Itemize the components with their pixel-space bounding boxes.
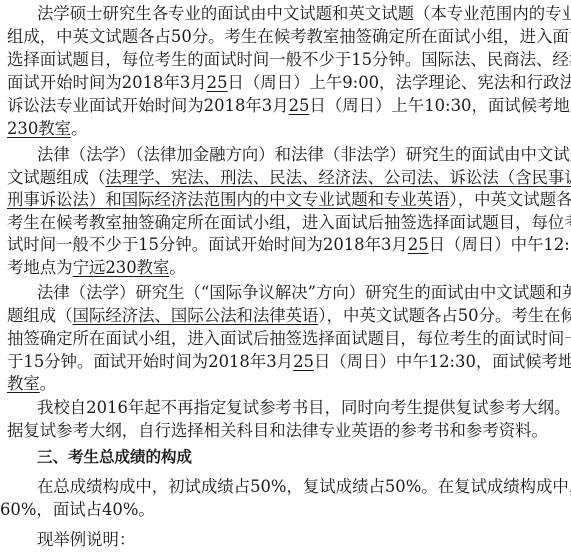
text-segment: 法律（法学）研究生（“国际争议解决”方向）研究生的面试由中文试题和英文试 <box>37 283 571 302</box>
text-segment: 题组成（ <box>7 306 73 325</box>
text-line: 于15分钟。面试开始时间为2018年3月25日（周日）中午12:30，面试候考地… <box>7 351 563 373</box>
text-segment: 抽签确定所在面试小组，进入面试后抽签选择面试题目，每位考生的面试时间一般不少 <box>7 329 571 348</box>
text-line: 考地点为宁远230教室。 <box>7 257 186 279</box>
underlined-text: 宁远230教室 <box>73 258 170 277</box>
text-segment: 选择面试题目，每位考生的面试时间一般不少于15分钟。国际法、民商法、经济法专业 <box>7 50 571 69</box>
text-line: 选择面试题目，每位考生的面试时间一般不少于15分钟。国际法、民商法、经济法专业 <box>7 49 563 71</box>
text-segment: 法学硕士研究生各专业的面试由中文试题和英文试题（本专业范围内的专业英语） <box>37 4 571 23</box>
text-line: 考生在候考教室抽签确定所在面试小组，进入面试后抽签选择面试题目，每位考生的面 <box>7 212 563 234</box>
text-line: 面试开始时间为2018年3月25日（周日）上午9:00，法学理论、宪法和行政法、… <box>7 72 563 94</box>
text-line: 文试题组成（法理学、宪法、刑法、民法、经济法、公司法、诉讼法（含民事诉讼法和 <box>7 167 563 189</box>
text-segment: 。 <box>169 258 185 277</box>
text-line: 刑事诉讼法）和国际经济法范围内的中文专业试题和专业英语），中英文试题各占50分。 <box>7 189 563 211</box>
underlined-text: 25 <box>289 96 310 115</box>
text-segment: 日（周日）上午9:00，法学理论、宪法和行政法、刑法和 <box>228 73 571 92</box>
text-segment: 据复试参考大纲，自行选择相关科目和法律专业英语的参考书和参考资料。 <box>7 421 548 440</box>
text-line: 题组成（国际经济法、国际公法和法律英语），中英文试题各占50分。考生在候考教室 <box>7 305 563 327</box>
underlined-text: 230教室 <box>7 119 71 138</box>
text-segment: ），中英文试题各占50分。考生在候考教室 <box>318 306 571 325</box>
text-line: 试时间一般不少于15分钟。面试开始时间为2018年3月25日（周日）中午12:3… <box>7 234 563 256</box>
text-segment: 日（周日）中午12:30，面试候 <box>429 235 571 254</box>
text-segment: 考生在候考教室抽签确定所在面试小组，进入面试后抽签选择面试题目，每位考生的面 <box>7 213 571 232</box>
text-line: 我校自2016年起不再指定复试参考书目，同时向考生提供复试参考大纲。请考生根 <box>37 397 533 419</box>
text-segment: 日（周日）中午12:30，面试候考地点为 <box>314 352 571 371</box>
text-segment: 我校自2016年起不再指定复试参考书目，同时向考生提供复试参考大纲。请考生根 <box>37 398 571 417</box>
underlined-text: 法理学、宪法、刑法、民法、经济法、公司法、诉讼法（含民事诉讼法和 <box>105 168 571 187</box>
text-line: 据复试参考大纲，自行选择相关科目和法律专业英语的参考书和参考资料。 <box>7 420 548 442</box>
section-heading: 三、考生总成绩的构成 <box>37 446 192 468</box>
score-paragraph-line-2: 60%，面试占40%。 <box>0 499 155 521</box>
text-line: 法律（法学）（法律加金融方向）和法律（非法学）研究生的面试由中文试题和英 <box>37 144 533 166</box>
text-segment: 文试题组成（ <box>7 168 105 187</box>
text-line: 法学硕士研究生各专业的面试由中文试题和英文试题（本专业范围内的专业英语） <box>37 3 563 25</box>
underlined-text: 教室 <box>7 374 40 393</box>
example-intro: 现举例说明： <box>37 529 135 551</box>
underlined-text: 国际经济法、国际公法和法律英语 <box>73 306 319 325</box>
text-line: 诉讼法专业面试开始时间为2018年3月25日（周日）上午10:30，面试候考地点… <box>7 95 563 117</box>
text-segment: 面试开始时间为2018年3月 <box>7 73 207 92</box>
text-segment: 诉讼法专业面试开始时间为2018年3月 <box>7 96 289 115</box>
underlined-text: 25 <box>207 73 228 92</box>
text-line: 抽签确定所在面试小组，进入面试后抽签选择面试题目，每位考生的面试时间一般不少 <box>7 328 563 350</box>
text-line: 组成，中英文试题各占50分。考生在候考教室抽签确定所在面试小组，进入面试后抽签 <box>7 26 563 48</box>
text-segment: 法律（法学）（法律加金融方向）和法律（非法学）研究生的面试由中文试题和英 <box>37 145 571 164</box>
text-line: 230教室。 <box>7 118 87 140</box>
underlined-text: 25 <box>293 352 314 371</box>
text-segment: 。 <box>40 374 56 393</box>
text-segment: 组成，中英文试题各占50分。考生在候考教室抽签确定所在面试小组，进入面试后抽签 <box>7 27 571 46</box>
underlined-text: 刑事诉讼法）和国际经济法范围内的中文专业试题和专业英语 <box>7 190 450 209</box>
text-segment: 试时间一般不少于15分钟。面试开始时间为2018年3月 <box>7 235 408 254</box>
underlined-text: 25 <box>408 235 429 254</box>
score-paragraph-line-1: 在总成绩构成中，初试成绩占50%，复试成绩占50%。在复试成绩构成中，笔试占 <box>37 476 563 498</box>
text-segment: 考地点为 <box>7 258 73 277</box>
text-segment: 日（周日）上午10:30，面试候考地点为 <box>309 96 571 115</box>
text-line: 法律（法学）研究生（“国际争议解决”方向）研究生的面试由中文试题和英文试 <box>37 282 533 304</box>
text-line: 教室。 <box>7 373 56 395</box>
text-segment: ），中英文试题各占50分。 <box>450 190 571 209</box>
text-segment: 。 <box>71 119 87 138</box>
text-segment: 于15分钟。面试开始时间为2018年3月 <box>7 352 293 371</box>
